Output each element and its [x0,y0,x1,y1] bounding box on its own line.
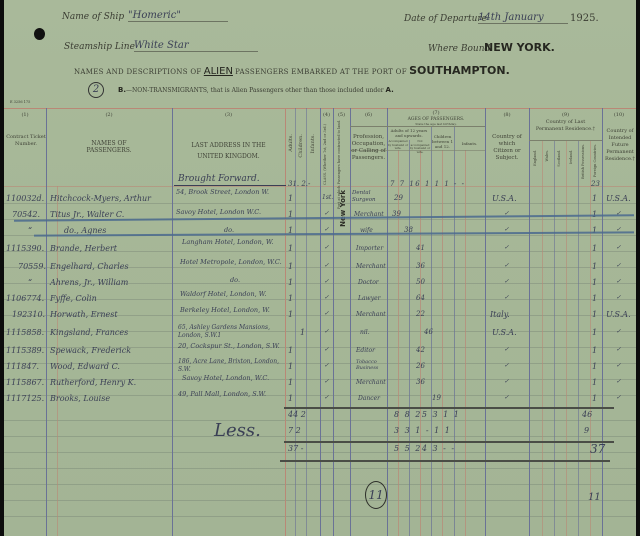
table-row: 1115389. Spewack, Frederick 20, Cockspur… [4,336,636,352]
last-address: Waldorf Hotel, London, W. [180,290,284,298]
col-7-not-accompanied: Not accompanied by husband or wife. [409,140,431,154]
col-7-adults: Adults of 12 years and upwards. [387,128,431,138]
ticket-number: 1106774. [6,294,44,303]
col-7-accompanied: Accompanied by husband or wife. [387,140,409,151]
col-3-number: (3) [172,112,285,119]
age: 19 [432,394,441,402]
gross-foreign: 46 [582,410,592,419]
ticket-number: 192310. [12,310,45,319]
line-value: White Star [134,40,258,52]
future-residence: ✓ [616,394,621,401]
children-header: Children. [298,134,304,158]
net-rule [280,460,610,462]
table-row: 111847. Wood, Edward C. 186, Acre Lane, … [4,352,636,368]
age: 50 [416,278,425,286]
adults-header: Adults. [288,134,294,152]
punch-hole [34,28,45,40]
line-label: Steamship Line [64,42,135,52]
foreign-residence: 1 [592,194,597,203]
departure-label: Date of Departure [404,14,487,24]
col-3-header-line1: LAST ADDRESS IN THE [172,142,285,149]
occupation: Dental Surgeon [352,190,388,204]
occupation: Merchant [356,263,386,270]
circled-count: 11 [365,481,387,509]
ticket-number: 1117125. [6,394,44,403]
age: 64 [416,294,425,302]
col-1-number: (1) [4,112,46,119]
table-row: 1106774. Fyffe, Colin Waldorf Hotel, Lon… [4,288,636,304]
col-8-number: (8) [485,112,529,119]
bottom-count: 11 [588,492,601,503]
table-row: 1115858. Kingsland, Frances 65, Ashley G… [4,320,636,336]
table-row: 70542. Titus Jr., Walter C. Savoy Hotel,… [4,208,636,224]
citizenship: ✓ [504,394,509,401]
departure-value: 14th January [478,12,568,24]
bound-value: NEW YORK. [484,41,555,54]
citizenship: ✓ [504,262,509,269]
future-residence: ✓ [616,278,621,285]
col-9-wales: Wales. [545,150,549,161]
age: 22 [416,310,425,318]
col-6-header: Profession, Occupation, or Calling of Pa… [350,134,387,162]
circled-mark: 2 [88,82,104,98]
last-address: Savoy Hotel, London W.C. [176,208,284,216]
future-residence: U.S.A. [606,194,631,203]
col-7-infants: Infants. [454,140,485,147]
table-row: 192310. Horwath, Ernest Berkeley Hotel, … [4,304,636,320]
last-address: Hotel Metropole, London, W.C. [180,258,284,266]
bound-label: Where Bound [428,44,490,54]
ticket-number: “ [28,226,32,235]
totals-rule [284,407,614,409]
col-5-number: (5) [333,112,350,119]
passenger-name: Horwath, Ernest [50,310,118,319]
gross-adults: 44 2 [288,410,306,419]
title-prefix: NAMES AND DESCRIPTIONS OF [74,68,202,76]
col-8-header: Country of which Citizen or Subject. [489,134,525,162]
citizenship: ✓ [504,278,509,285]
departure-year: 1925. [570,13,599,24]
last-address: Langham Hotel, London, W. [182,238,282,246]
passenger-name: Engelhard, Charles [50,262,129,271]
form-code: E 3256 175 [10,100,30,104]
col-9-england: England. [533,150,537,166]
col-1-header: Contract Ticket Number. [6,134,46,148]
class: ✓ [324,394,329,401]
future-residence: ✓ [616,328,621,335]
brought-forward-label: Brought Forward. [178,174,260,184]
col-9-british-possessions: British Possessions. [581,144,585,179]
section-letter: B. [118,86,126,94]
occupation: Dancer [358,395,380,402]
occupation: Merchant [356,311,386,318]
less-ages: 3 3 1 - 1 1 [394,426,451,435]
table-row: 110032d. Hitchcock-Myers, Arthur 54, Bro… [4,192,636,208]
brought-forward-adults: 31. 2.- [288,180,310,188]
col-9-scotland: Scotland. [557,150,561,167]
ship-value: "Homeric" [128,10,228,22]
foreign-residence: 1 [592,394,597,403]
future-residence: U.S.A. [606,310,631,319]
col-2-number: (2) [46,112,172,119]
passenger-name: Titus Jr., Walter C. [50,210,124,219]
document-title: NAMES AND DESCRIPTIONS OF ALIEN PASSENGE… [74,64,510,77]
class: ✓ [324,328,329,335]
class: ✓ [324,294,329,301]
class: ✓ [324,226,329,233]
age: 29 [394,194,403,202]
title-alien: ALIEN [204,66,233,77]
net-ages: 5 5 24 3 - - [394,444,456,453]
table-row: 1115867. Rutherford, Henry K. Savoy Hote… [4,368,636,384]
gross-ages: 8 8 25 3 1 1 [394,410,460,419]
table-row: 1115390. Brande, Herbert Langham Hotel, … [4,240,636,256]
table-row: 70559. Engelhard, Charles Hotel Metropol… [4,256,636,272]
citizenship: ✓ [504,294,509,301]
col-3-header-line2: UNITED KINGDOM. [172,153,285,160]
col-7-children: Children between 1 and 12. [431,134,454,149]
table-row: “ do., Agnes do. 1 ✓ wife 38 ✓ 1 ✓ [4,224,636,240]
future-residence: ✓ [616,262,621,269]
brought-forward-ages: 7 7 16 1 1 1 - - [390,180,465,188]
class: 1st. [322,194,333,201]
col-9-ireland: Ireland. [569,150,573,164]
future-residence: ✓ [616,244,621,251]
last-address: 49, Pall Mall, London, S.W. [178,390,286,398]
last-address: 54, Brook Street, London W. [176,188,284,196]
col-10-number: (10) [602,112,636,119]
adults-count: 1 [288,278,293,287]
foreign-residence: 1 [592,310,597,319]
table-row: “ Ahrens, Jr., William do. 1 ✓ Doctor 50… [4,272,636,288]
col-9-foreign-countries: Foreign Countries. [593,144,597,177]
occupation: nil. [360,329,370,336]
less-adults: 7 2 [288,426,301,435]
passenger-name: Fyffe, Colin [50,294,97,303]
col-4-number: (4) [320,112,333,119]
infants-header: Infants. [310,134,316,153]
col-10-header: Country of Intended Future Permanent Res… [604,128,636,163]
ticket-number: “ [28,278,32,287]
class: ✓ [324,244,329,251]
rule [529,140,602,141]
last-address: Berkeley Hotel, London, W. [180,306,284,314]
col-9-number: (9) [529,112,602,119]
passenger-name: Brande, Herbert [50,244,117,253]
adults-count: 1 [288,310,293,319]
ticket-number: 1115390. [6,244,44,253]
adults-count: 1 [288,394,293,403]
col-7-subheader: State the age last birthday. [387,121,485,128]
age: 46 [424,328,433,336]
net-foreign: 37 [590,442,605,456]
foreign-residence: 1 [592,278,597,287]
future-residence: ✓ [616,294,621,301]
section-ref: A. [386,86,394,94]
occupation: Lawyer [358,295,381,302]
occupation: Importer [356,245,383,252]
citizenship: Italy. [490,310,510,319]
col-2-header: NAMES OF PASSENGERS. [84,140,134,154]
adults-count: 1 [288,194,293,203]
adults-count: 1 [288,244,293,253]
underline [174,185,286,186]
table-row: 1117125. Brooks, Louise 49, Pall Mall, L… [4,384,636,400]
last-address: Savoy Hotel, London, W.C. [182,374,286,382]
ship-label: Name of Ship [62,12,124,22]
class: ✓ [324,210,329,217]
col-4-header: CLASS. (Whether 1st, 2nd or 3rd.) [323,124,327,185]
less-label: Less. [214,420,261,441]
col-6-number: (6) [350,112,387,119]
manifest-sheet: Name of Ship "Homeric" Date of Departure… [4,0,636,536]
class: ✓ [324,278,329,285]
adults-count: 1 [288,294,293,303]
ticket-number: 70542. [12,210,40,219]
subtotal-rule [284,441,614,443]
class: ✓ [324,310,329,317]
last-address: 20, Cockspur St., London, S.W. [178,342,286,350]
citizenship: U.S.A. [492,194,517,203]
ticket-number: 110032d. [6,194,44,203]
passenger-name: Ahrens, Jr., William [50,278,128,287]
occupation: Doctor [358,279,379,286]
brought-forward-foreign: 23 [591,180,600,188]
section-text: —NON-TRANSMIGRANTS, that is Alien Passen… [126,87,384,94]
passenger-name: Brooks, Louise [50,394,110,403]
less-foreign: 9 [584,426,589,435]
col-9-header: Country of Last Permanent Residence.† [534,119,597,133]
citizenship: ✓ [504,244,509,251]
net-adults: 37 - [288,444,303,453]
section-heading: B.—NON-TRANSMIGRANTS, that is Alien Pass… [118,86,394,94]
last-address: do. [230,276,240,284]
adults-count: 1 [288,262,293,271]
title-port: SOUTHAMPTON. [409,64,510,77]
age: 41 [416,244,425,252]
strike-through-line [34,231,634,236]
foreign-residence: 1 [592,244,597,253]
foreign-residence: 1 [592,294,597,303]
ticket-number: 70559. [18,262,46,271]
title-mid: PASSENGERS EMBARKED AT THE PORT OF [235,68,407,76]
passenger-name: Hitchcock-Myers, Arthur [50,194,151,203]
foreign-residence: 1 [592,262,597,271]
age: 36 [416,262,425,270]
class: ✓ [324,262,329,269]
